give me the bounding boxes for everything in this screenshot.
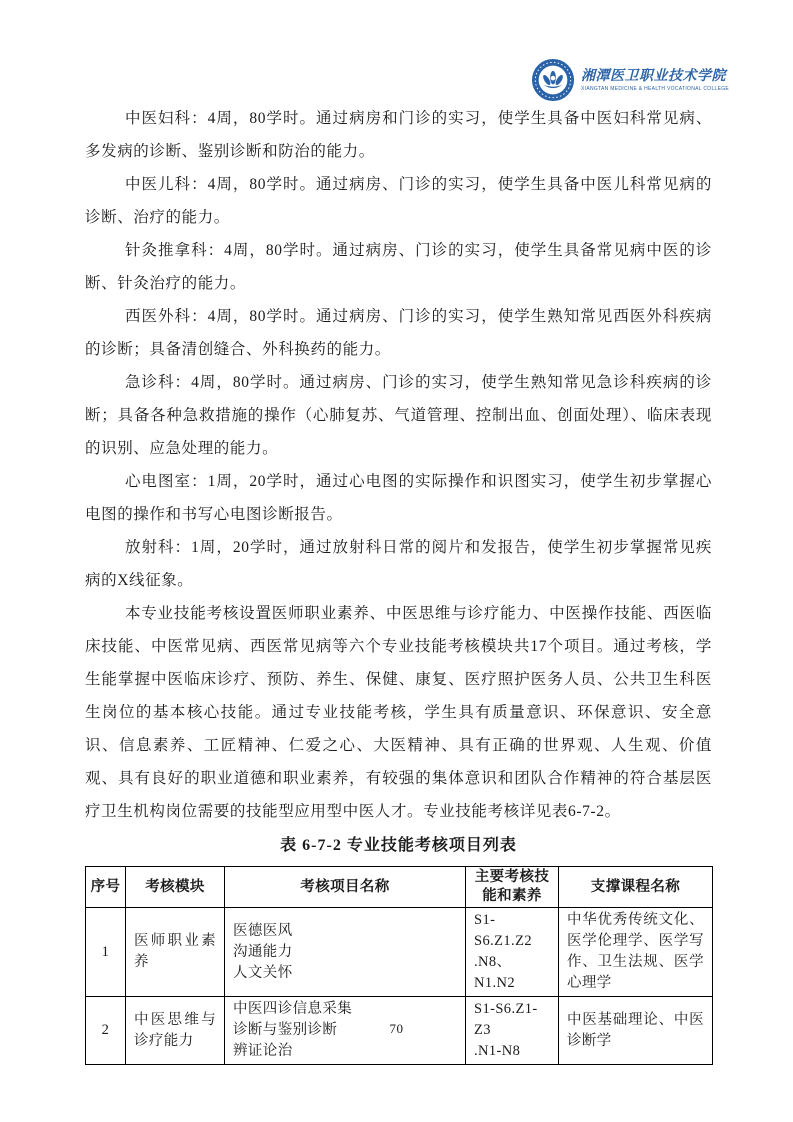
cell-skills: S1-S6.Z1.Z2 .N8、N1.N2 [466,908,559,997]
col-header-project-name: 考核项目名称 [225,867,466,908]
college-emblem-icon [531,58,575,102]
table-title: 表 6-7-2 专业技能考核项目列表 [85,835,712,857]
table-row: 1 医师职业素养 医德医风 沟通能力 人文关怀 S1-S6.Z1.Z2 .N8、… [86,908,713,997]
col-header-module: 考核模块 [126,867,225,908]
page-body: 中医妇科：4周，80学时。通过病房和门诊的实习，使学生具备中医妇科常见病、多发病… [85,102,712,1065]
document-page: 湘潭医卫职业技术学院 XIANGTAN MEDICINE & HEALTH VO… [0,0,793,1122]
cell-courses: 中华优秀传统文化、医学伦理学、医学写作、卫生法规、医学心理学 [559,908,713,997]
col-header-courses: 支撑课程名称 [559,867,713,908]
college-name-en: XIANGTAN MEDICINE & HEALTH VOCATIONAL CO… [581,86,729,93]
paragraph-radiology: 放射科：1周，20学时，通过放射科日常的阅片和发报告，使学生初步掌握常见疾病的X… [85,531,712,597]
paragraph-ecg-room: 心电图室：1周，20学时，通过心电图的实际操作和识图实习，使学生初步掌握心电图的… [85,465,712,531]
paragraph-tcm-pediatrics: 中医儿科：4周，80学时。通过病房、门诊的实习，使学生具备中医儿科常见病的诊断、… [85,168,712,234]
col-header-skills: 主要考核技能和素养 [466,867,559,908]
college-name-cn: 湘潭医卫职业技术学院 [581,68,729,86]
paragraph-tcm-gynecology: 中医妇科：4周，80学时。通过病房和门诊的实习，使学生具备中医妇科常见病、多发病… [85,102,712,168]
cell-module: 医师职业素养 [126,908,225,997]
cell-serial-no: 1 [86,908,126,997]
paragraph-acupuncture-tuina: 针灸推拿科：4周，80学时。通过病房、门诊的实习，使学生具备常见病中医的诊断、针… [85,234,712,300]
page-number: 70 [0,1021,793,1037]
paragraph-skills-assessment-overview: 本专业技能考核设置医师职业素养、中医思维与诊疗能力、中医操作技能、西医临床技能、… [85,597,712,828]
college-logo-text: 湘潭医卫职业技术学院 XIANGTAN MEDICINE & HEALTH VO… [581,68,729,93]
paragraph-western-surgery: 西医外科：4周，80学时。通过病房、门诊的实习，使学生熟知常见西医外科疾病的诊断… [85,300,712,366]
col-header-serial-no: 序号 [86,867,126,908]
table-header-row: 序号 考核模块 考核项目名称 主要考核技能和素养 支撑课程名称 [86,867,713,908]
cell-projects: 医德医风 沟通能力 人文关怀 [225,908,466,997]
paragraph-emergency-dept: 急诊科：4周，80学时。通过病房、门诊的实习，使学生熟知常见急诊科疾病的诊断；具… [85,366,712,465]
college-logo: 湘潭医卫职业技术学院 XIANGTAN MEDICINE & HEALTH VO… [531,58,729,102]
